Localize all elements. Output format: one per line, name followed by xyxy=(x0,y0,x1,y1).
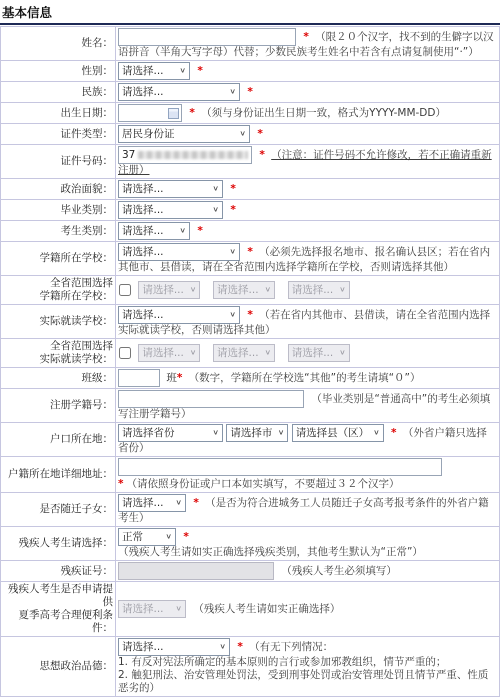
cert-no-value: 37 xyxy=(122,149,135,162)
row-graduation-type: 毕业类别： 请选择...∨ * xyxy=(1,200,500,221)
chevron-down-icon: ∨ xyxy=(212,205,219,215)
row-candidate-type: 考生类别： 请选择...∨ * xyxy=(1,221,500,242)
chevron-down-icon: ∨ xyxy=(239,129,246,139)
required-mark: * xyxy=(177,372,183,384)
required-mark: * xyxy=(183,531,189,543)
row-disability-convenience: 残疾人考生是否申请提供 夏季高考合理便利条件： 请选择...∨ （残疾人考生请如… xyxy=(1,582,500,637)
class-no-suffix: 班 xyxy=(166,372,177,384)
row-province-school-registered: 全省范围选择 学籍所在学校： 请选择...∨ 请选择...∨ 请选择...∨ xyxy=(1,276,500,305)
household-county-select-value: 请选择县（区） xyxy=(296,427,369,440)
disability-select-note: （残疾人考生请如实正确选择残疾类别，其他考生默认为“正常”） xyxy=(118,546,423,558)
disability-cert-no-note: （残疾人考生必须填写） xyxy=(281,565,397,577)
candidate-type-label: 考生类别： xyxy=(1,221,116,242)
row-name: 姓名： * （限２０个汉字，找不到的生僻字以汉语拼音（半角大写字母）代替；少数民… xyxy=(1,27,500,61)
migrant-children-select-value: 请选择... xyxy=(122,497,164,510)
province-school-registered-checkbox[interactable] xyxy=(119,284,131,296)
required-mark: * xyxy=(189,107,195,119)
province-school-actual-select-1: 请选择...∨ xyxy=(138,344,200,362)
row-migrant-children: 是否随迁子女： 请选择...∨ * （是否为符合进城务工人员随迁子女高考报考条件… xyxy=(1,493,500,527)
chevron-down-icon: ∨ xyxy=(175,604,182,614)
political-status-select-value: 请选择... xyxy=(122,183,164,196)
name-label: 姓名： xyxy=(1,27,116,61)
basic-info-form: 姓名： * （限２０个汉字，找不到的生僻字以汉语拼音（半角大写字母）代替；少数民… xyxy=(0,26,500,697)
cert-no-label: 证件号码： xyxy=(1,145,116,179)
required-mark: * xyxy=(259,149,265,161)
required-mark: * xyxy=(230,183,236,195)
row-cert-no: 证件号码： 37 * （注意：证件号码不允许修改，若不正确请重新注册） xyxy=(1,145,500,179)
graduation-type-label: 毕业类别： xyxy=(1,200,116,221)
chevron-down-icon: ∨ xyxy=(212,428,219,438)
required-mark: * xyxy=(257,128,263,140)
cert-type-label: 证件类型： xyxy=(1,124,116,145)
candidate-type-select-value: 请选择... xyxy=(122,225,164,238)
birth-date-label: 出生日期： xyxy=(1,103,116,124)
political-status-select[interactable]: 请选择...∨ xyxy=(118,180,223,198)
disability-convenience-label: 残疾人考生是否申请提供 夏季高考合理便利条件： xyxy=(1,582,116,637)
ethnicity-label: 民族： xyxy=(1,82,116,103)
ideological-morality-select[interactable]: 请选择...∨ xyxy=(118,638,230,656)
province-school-actual-select-2: 请选择...∨ xyxy=(213,344,275,362)
section-title: 基本信息 xyxy=(0,0,500,25)
class-no-input[interactable] xyxy=(118,369,160,387)
cert-no-input[interactable]: 37 xyxy=(118,146,252,164)
select-value: 请选择... xyxy=(292,347,334,360)
select-value: 请选择... xyxy=(142,284,184,297)
household-county-select[interactable]: 请选择县（区）∨ xyxy=(292,424,384,442)
chevron-down-icon: ∨ xyxy=(179,226,186,236)
row-student-reg-no: 注册学籍号： （毕业类别是“普通高中”的考生必须填写注册学籍号） xyxy=(1,389,500,423)
required-mark: * xyxy=(118,478,124,490)
class-no-note: （数字，学籍所在学校选“其他”的考生请填“０”） xyxy=(189,372,421,384)
chevron-down-icon: ∨ xyxy=(229,310,236,320)
row-political-status: 政治面貌： 请选择...∨ * xyxy=(1,179,500,200)
chevron-down-icon: ∨ xyxy=(264,285,271,295)
select-value: 请选择... xyxy=(292,284,334,297)
required-mark: * xyxy=(197,65,203,77)
ideological-morality-label: 思想政治品德： xyxy=(1,637,116,697)
gender-label: 性别： xyxy=(1,61,116,82)
school-registered-label: 学籍所在学校： xyxy=(1,242,116,276)
disability-cert-no-label: 残疾证号： xyxy=(1,561,116,582)
select-value: 请选择... xyxy=(142,347,184,360)
student-reg-no-input[interactable] xyxy=(118,390,304,408)
chevron-down-icon: ∨ xyxy=(219,642,226,652)
row-province-school-actual: 全省范围选择 实际就读学校： 请选择...∨ 请选择...∨ 请选择...∨ xyxy=(1,339,500,368)
chevron-down-icon: ∨ xyxy=(165,532,172,542)
ethnicity-select-value: 请选择... xyxy=(122,86,164,99)
chevron-down-icon: ∨ xyxy=(190,285,197,295)
calendar-icon[interactable] xyxy=(168,108,179,119)
disability-select-value: 正常 xyxy=(122,531,143,544)
ethnicity-select[interactable]: 请选择...∨ xyxy=(118,83,240,101)
chevron-down-icon: ∨ xyxy=(264,348,271,358)
row-disability-cert-no: 残疾证号： （残疾人考生必须填写） xyxy=(1,561,500,582)
chevron-down-icon: ∨ xyxy=(190,348,197,358)
province-school-registered-select-1: 请选择...∨ xyxy=(138,281,200,299)
province-school-registered-select-3: 请选择...∨ xyxy=(288,281,350,299)
candidate-type-select[interactable]: 请选择...∨ xyxy=(118,222,190,240)
household-city-select-value: 请选择市 xyxy=(230,427,272,440)
row-school-registered: 学籍所在学校： 请选择...∨ * （必须先选择报名地市、报名确认县区；若在省内… xyxy=(1,242,500,276)
household-city-select[interactable]: 请选择市∨ xyxy=(226,424,288,442)
migrant-children-select[interactable]: 请选择...∨ xyxy=(118,494,186,512)
graduation-type-select-value: 请选择... xyxy=(122,204,164,217)
birth-date-input[interactable] xyxy=(118,104,182,122)
cert-type-select-value: 居民身份证 xyxy=(122,128,175,141)
required-mark: * xyxy=(303,31,309,43)
row-birth-date: 出生日期： * （须与身份证出生日期一致，格式为YYYY-MM-DD） xyxy=(1,103,500,124)
disability-convenience-select-value: 请选择... xyxy=(122,603,164,616)
cert-no-redaction xyxy=(138,151,248,159)
required-mark: * xyxy=(237,641,243,653)
disability-convenience-note: （残疾人考生请如实正确选择） xyxy=(193,603,340,615)
school-registered-select-value: 请选择... xyxy=(122,246,164,259)
row-ideological-morality: 思想政治品德： 请选择...∨ * （有无下列情况： 1. 有反对宪法所确定的基… xyxy=(1,637,500,697)
row-household-address: 户籍所在地详细地址： *（请依照身份证或户口本如实填写，不要超过３２个汉字） xyxy=(1,457,500,493)
birth-date-note: （须与身份证出生日期一致，格式为YYYY-MM-DD） xyxy=(201,107,446,119)
household-location-label: 户口所在地： xyxy=(1,423,116,457)
required-mark: * xyxy=(247,309,253,321)
ideological-morality-select-value: 请选择... xyxy=(122,641,164,654)
disability-select[interactable]: 正常∨ xyxy=(118,528,176,546)
select-value: 请选择... xyxy=(217,347,259,360)
chevron-down-icon: ∨ xyxy=(339,285,346,295)
gender-select[interactable]: 请选择...∨ xyxy=(118,62,190,80)
disability-select-label: 残疾人考生请选择： xyxy=(1,527,116,561)
row-school-actual: 实际就读学校： 请选择...∨ * （若在省内其他市、县借读，请在全省范围内选择… xyxy=(1,305,500,339)
province-school-actual-select-3: 请选择...∨ xyxy=(288,344,350,362)
chevron-down-icon: ∨ xyxy=(278,428,285,438)
student-reg-no-label: 注册学籍号： xyxy=(1,389,116,423)
province-school-actual-label: 全省范围选择 实际就读学校： xyxy=(1,339,116,368)
household-province-select-value: 请选择省份 xyxy=(122,427,175,440)
select-value: 请选择... xyxy=(217,284,259,297)
required-mark: * xyxy=(197,225,203,237)
row-class-no: 班级： 班* （数字，学籍所在学校选“其他”的考生请填“０”） xyxy=(1,368,500,389)
chevron-down-icon: ∨ xyxy=(212,184,219,194)
political-status-label: 政治面貌： xyxy=(1,179,116,200)
household-address-label: 户籍所在地详细地址： xyxy=(1,457,116,493)
required-mark: * xyxy=(193,497,199,509)
school-actual-select[interactable]: 请选择...∨ xyxy=(118,306,240,324)
row-household-location: 户口所在地： 请选择省份∨ 请选择市∨ 请选择县（区）∨ * （外省户籍只选择省… xyxy=(1,423,500,457)
migrant-children-label: 是否随迁子女： xyxy=(1,493,116,527)
household-address-note: （请依照身份证或户口本如实填写，不要超过３２个汉字） xyxy=(127,478,400,490)
household-province-select[interactable]: 请选择省份∨ xyxy=(118,424,223,442)
row-cert-type: 证件类型： 居民身份证∨ * xyxy=(1,124,500,145)
basic-info-panel: 基本信息 姓名： * （限２０个汉字，找不到的生僻字以汉语拼音（半角大写字母）代… xyxy=(0,0,500,697)
row-gender: 性别： 请选择...∨ * xyxy=(1,61,500,82)
graduation-type-select[interactable]: 请选择...∨ xyxy=(118,201,223,219)
province-school-actual-checkbox[interactable] xyxy=(119,347,131,359)
cert-type-select[interactable]: 居民身份证∨ xyxy=(118,125,250,143)
class-no-label: 班级： xyxy=(1,368,116,389)
name-input[interactable] xyxy=(118,28,296,46)
school-actual-label: 实际就读学校： xyxy=(1,305,116,339)
required-mark: * xyxy=(230,204,236,216)
required-mark: * xyxy=(391,427,397,439)
chevron-down-icon: ∨ xyxy=(179,66,186,76)
required-mark: * xyxy=(247,246,253,258)
row-ethnicity: 民族： 请选择...∨ * xyxy=(1,82,500,103)
chevron-down-icon: ∨ xyxy=(339,348,346,358)
chevron-down-icon: ∨ xyxy=(229,87,236,97)
school-actual-select-value: 请选择... xyxy=(122,309,164,322)
disability-convenience-select: 请选择...∨ xyxy=(118,600,186,618)
chevron-down-icon: ∨ xyxy=(373,428,380,438)
required-mark: * xyxy=(247,86,253,98)
school-registered-select[interactable]: 请选择...∨ xyxy=(118,243,240,261)
province-school-registered-label: 全省范围选择 学籍所在学校： xyxy=(1,276,116,305)
province-school-registered-select-2: 请选择...∨ xyxy=(213,281,275,299)
disability-cert-no-input xyxy=(118,562,274,580)
chevron-down-icon: ∨ xyxy=(229,247,236,257)
chevron-down-icon: ∨ xyxy=(175,498,182,508)
gender-select-value: 请选择... xyxy=(122,65,164,78)
household-address-input[interactable] xyxy=(118,458,442,476)
